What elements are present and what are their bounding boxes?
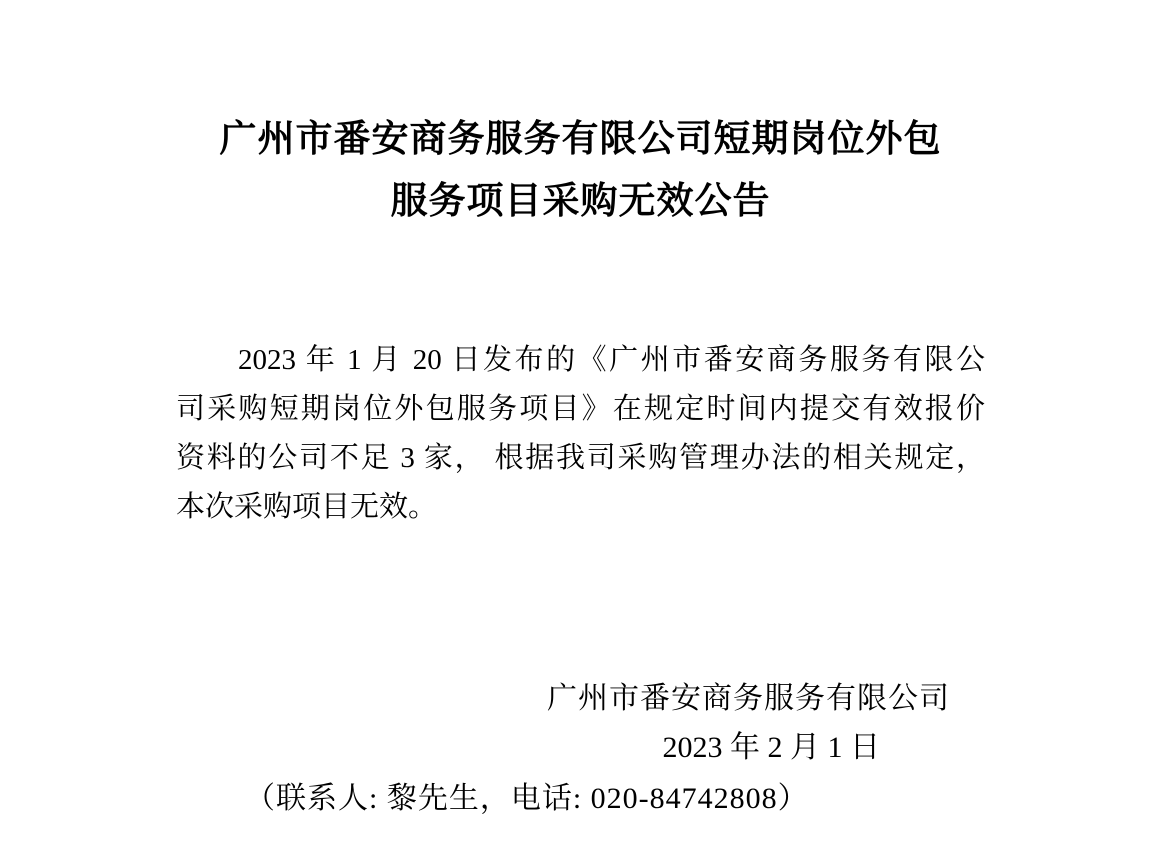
body-line-4: 本次采购项目无效。	[176, 483, 985, 532]
signature-date: 2023 年 2 月 1 日	[176, 726, 985, 770]
body-line-3: 资料的公司不足 3 家， 根据我司采购管理办法的相关规定，	[176, 434, 985, 483]
body-line-2: 司采购短期岗位外包服务项目》在规定时间内提交有效报价	[176, 385, 985, 434]
signature-company: 广州市番安商务服务有限公司	[176, 676, 985, 722]
body-paragraph: 2023 年 1 月 20 日发布的《广州市番安商务服务有限公 司采购短期岗位外…	[176, 336, 985, 532]
document-title: 广州市番安商务服务有限公司短期岗位外包 服务项目采购无效公告	[176, 109, 985, 233]
title-line-1: 广州市番安商务服务有限公司短期岗位外包	[176, 109, 985, 171]
document-page: 广州市番安商务服务有限公司短期岗位外包 服务项目采购无效公告 2023 年 1 …	[0, 0, 1158, 848]
contact-info: （联系人: 黎先生，电话: 020-84742808）	[176, 777, 985, 821]
title-line-2: 服务项目采购无效公告	[176, 171, 985, 233]
body-line-1: 2023 年 1 月 20 日发布的《广州市番安商务服务有限公	[176, 336, 985, 385]
